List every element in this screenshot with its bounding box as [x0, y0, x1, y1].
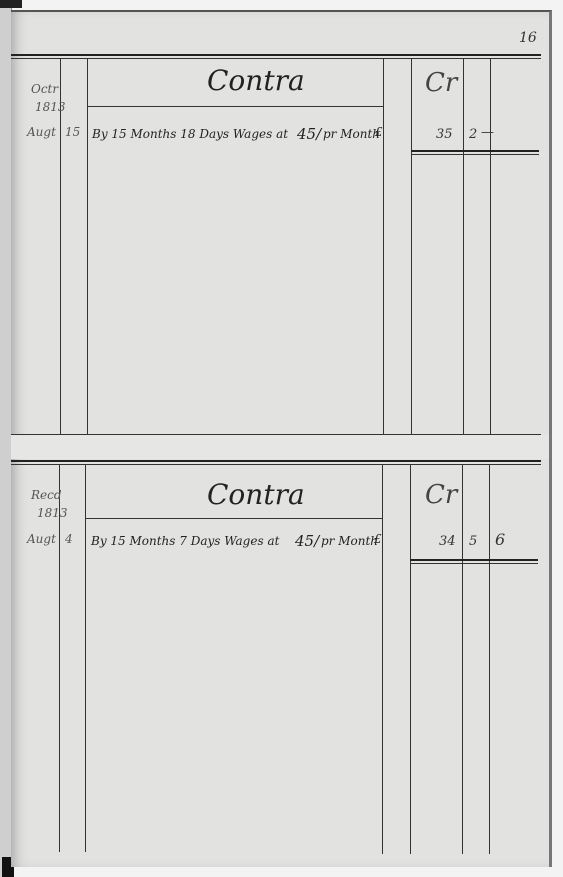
section-2-top-rule — [11, 460, 541, 462]
section-1-day-divider — [87, 58, 88, 434]
section-2-folio-divider — [382, 464, 383, 854]
section-2-year-heading: Recd — [31, 488, 62, 502]
entry-rate: 45/ — [297, 125, 321, 143]
section-2-total-rule — [410, 559, 538, 561]
section-1-pounds-divider — [411, 58, 412, 434]
entry-pounds: 35 — [436, 127, 453, 142]
scan-edge-top — [0, 0, 22, 8]
entry-rate: 45/ — [295, 532, 319, 550]
entry-shillings: 5 — [469, 534, 477, 549]
section-1-year-heading: Octr — [31, 82, 58, 96]
section-1-top-rule — [11, 54, 541, 56]
ledger-page: 16 Contra Cr Octr 1813 Augt 15 By 15 Mon… — [11, 10, 552, 867]
section-2-day-divider — [85, 464, 86, 852]
section-1-header-rule — [87, 106, 383, 107]
section-1-folio-divider — [383, 58, 384, 434]
entry-day: 4 — [65, 532, 73, 546]
section-1-header-contra: Contra — [207, 64, 305, 97]
section-divider-band — [11, 435, 549, 459]
section-2-pounds-divider — [410, 464, 411, 854]
section-2-credit-header: Cr — [425, 480, 457, 510]
entry-shillings: 2 — [469, 127, 477, 142]
section-2-pence-divider — [489, 464, 490, 854]
section-1-shillings-divider — [463, 58, 464, 434]
entry-description: By 15 Months 18 Days Wages at — [92, 127, 288, 141]
entry-month: Augt — [27, 125, 56, 139]
section-2-header-rule — [85, 518, 382, 519]
section-2-header-contra: Contra — [207, 478, 305, 511]
section-1-total-rule-2 — [411, 154, 539, 155]
section-2-year: 1813 — [37, 506, 68, 520]
section-1-total-rule — [411, 150, 539, 152]
entry-currency-marker: £ — [375, 125, 383, 139]
section-1-date-divider — [60, 58, 61, 434]
section-2-date-divider — [59, 464, 60, 852]
entry-day: 15 — [65, 125, 80, 139]
entry-rate-unit: pr Month — [323, 127, 380, 141]
section-1-top-rule-2 — [11, 58, 541, 59]
section-1-credit-header: Cr — [425, 68, 457, 98]
section-1-pence-divider — [490, 58, 491, 434]
section-2-total-rule-2 — [410, 563, 538, 564]
entry-description: By 15 Months 7 Days Wages at — [91, 534, 279, 548]
entry-currency-marker: £ — [374, 532, 382, 546]
section-1-year: 1813 — [35, 100, 66, 114]
entry-pence: 6 — [495, 530, 505, 549]
entry-rate-unit: pr Month — [321, 534, 378, 548]
entry-month: Augt — [27, 532, 56, 546]
section-2-shillings-divider — [462, 464, 463, 854]
entry-pence: — — [481, 125, 494, 140]
entry-pounds: 34 — [439, 534, 456, 549]
page-number: 16 — [519, 30, 537, 46]
